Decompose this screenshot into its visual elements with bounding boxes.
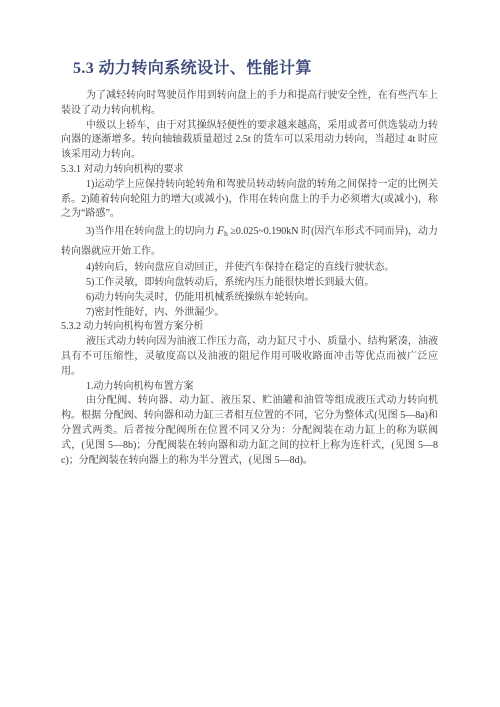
paragraph: 为了减轻转向时驾驶员作用到转向盘上的手力和提高行驶安全性，在有些汽车上装设了动力…	[61, 89, 438, 119]
paragraph: 5)工作灵敏，即转向盘转动后，系统内压力能很快增长到最大值。	[61, 276, 438, 291]
paragraph: 中级以上轿车，由于对其操纵轻便性的要求越来越高，采用或者可供选装动力转向器的逐渐…	[61, 119, 438, 163]
document-page: 5.3 动力转向系统设计、性能计算 为了减轻转向时驾驶员作用到转向盘上的手力和提…	[0, 0, 500, 707]
paragraph: 液压式动力转向因为油液工作压力高，动力缸尺寸小、质量小、结构紧凑，油液具有不可压…	[61, 335, 438, 379]
paragraph: 1)运动学上应保持转向轮转角和驾驶员转动转向盘的转角之间保持一定的比例关系。2)…	[61, 178, 438, 222]
paragraph: 由分配阀、转向器、动力缸、液压泵、贮油罐和油管等组成液压式动力转向机构。根据 分…	[61, 394, 438, 468]
paragraph: 4)转向后，转向盘应自动回正，并使汽车保持在稳定的直线行驶状态。	[61, 261, 438, 276]
paragraphs: 为了减轻转向时驾驶员作用到转向盘上的手力和提高行驶安全性，在有些汽车上装设了动力…	[61, 89, 438, 468]
paragraph: 1.动力转向机构布置方案	[61, 380, 438, 395]
paragraph: 7)密封性能好，内、外泄漏少。	[61, 306, 438, 321]
paragraph: 6)动力转向失灵时，仍能用机械系统操纵车轮转向。	[61, 291, 438, 306]
section-heading: 5.3.2 动力转向机构布置方案分析	[61, 320, 438, 335]
paragraph: 3)当作用在转向盘上的切向力 Fh ≥0.025~0.190kN 时(因汽车形式…	[61, 222, 438, 261]
section-heading: 5.3.1 对动力转向机构的要求	[61, 163, 438, 178]
formula-subscript: h	[224, 229, 228, 238]
document-title: 5.3 动力转向系统设计、性能计算	[73, 58, 438, 80]
